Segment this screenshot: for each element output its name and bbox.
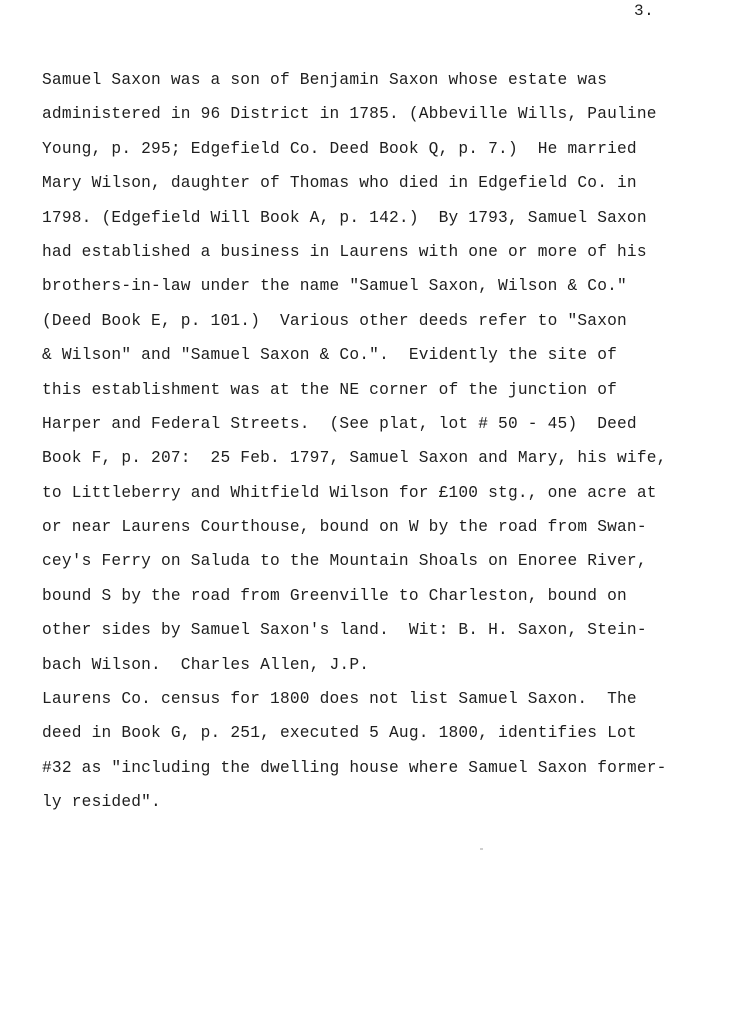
text-line: Book F, p. 207: 25 Feb. 1797, Samuel Sax… <box>42 446 722 480</box>
scan-speck <box>480 848 483 850</box>
text-line: cey's Ferry on Saluda to the Mountain Sh… <box>42 549 722 583</box>
text-line: or near Laurens Courthouse, bound on W b… <box>42 515 722 549</box>
text-line: to Littleberry and Whitfield Wilson for … <box>42 481 722 515</box>
text-line: other sides by Samuel Saxon's land. Wit:… <box>42 618 722 652</box>
text-line: had established a business in Laurens wi… <box>42 240 722 274</box>
text-line: bound S by the road from Greenville to C… <box>42 584 722 618</box>
text-line: Harper and Federal Streets. (See plat, l… <box>42 412 722 446</box>
text-line: Mary Wilson, daughter of Thomas who died… <box>42 171 722 205</box>
text-line: Laurens Co. census for 1800 does not lis… <box>42 687 722 721</box>
text-line: administered in 96 District in 1785. (Ab… <box>42 102 722 136</box>
page-number: 3. <box>634 2 654 20</box>
text-line: bach Wilson. Charles Allen, J.P. <box>42 653 722 687</box>
text-line: deed in Book G, p. 251, executed 5 Aug. … <box>42 721 722 755</box>
text-line: #32 as "including the dwelling house whe… <box>42 756 722 790</box>
text-line: Young, p. 295; Edgefield Co. Deed Book Q… <box>42 137 722 171</box>
text-line: 1798. (Edgefield Will Book A, p. 142.) B… <box>42 206 722 240</box>
text-line: (Deed Book E, p. 101.) Various other dee… <box>42 309 722 343</box>
body-text: Samuel Saxon was a son of Benjamin Saxon… <box>42 68 722 825</box>
text-line: & Wilson" and "Samuel Saxon & Co.". Evid… <box>42 343 722 377</box>
text-line: Samuel Saxon was a son of Benjamin Saxon… <box>42 68 722 102</box>
text-line: brothers-in-law under the name "Samuel S… <box>42 274 722 308</box>
text-line: this establishment was at the NE corner … <box>42 378 722 412</box>
text-line: ly resided". <box>42 790 722 824</box>
